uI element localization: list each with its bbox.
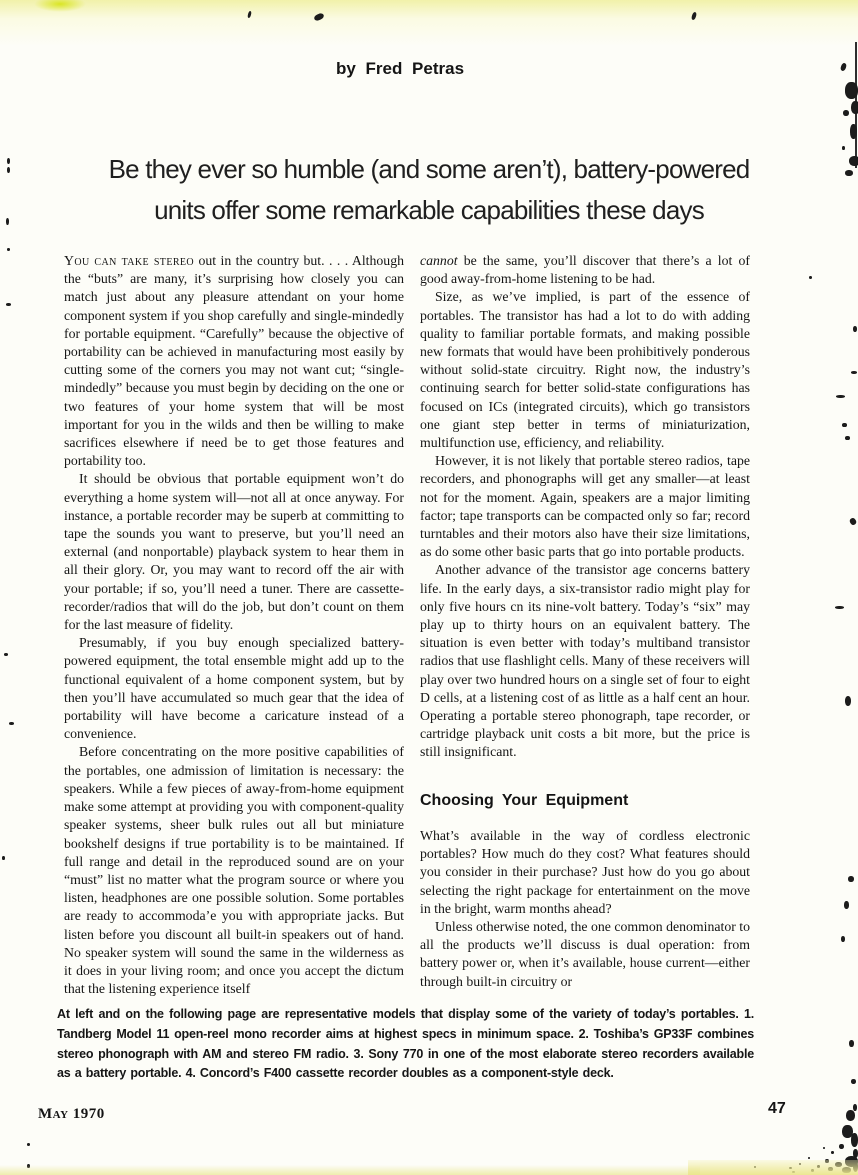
body-paragraph: It should be obvious that portable equip… (64, 470, 404, 634)
body-paragraph: Presumably, if you buy enough specialize… (64, 634, 404, 743)
ink-speck (842, 146, 845, 150)
ink-speck (843, 110, 849, 116)
article-title: Be they ever so humble (and some aren’t)… (64, 149, 794, 231)
photo-caption: At left and on the following page are re… (57, 1005, 754, 1084)
ink-speck (831, 1151, 834, 1154)
ink-speck (840, 62, 847, 71)
magazine-page: by Fred Petras Be they ever so humble (a… (0, 0, 858, 1175)
body-paragraph: Size, as we’ve implied, is part of the e… (420, 288, 750, 452)
ink-speck (851, 1133, 858, 1147)
ink-speck (845, 436, 850, 440)
section-heading: Choosing Your Equipment (420, 792, 750, 810)
ink-speck (845, 696, 851, 706)
ink-speck (836, 395, 845, 398)
ink-speck (848, 876, 854, 882)
ink-speck (2, 856, 5, 860)
byline: by Fred Petras (0, 59, 800, 79)
page-number: 47 (768, 1100, 786, 1118)
italic-word: cannot (420, 253, 458, 268)
ink-speck (823, 1147, 825, 1149)
ink-speck (850, 124, 857, 139)
ink-speck (808, 1157, 810, 1159)
issue-date: May 1970 (38, 1106, 105, 1123)
ink-speck (809, 276, 812, 279)
scan-yellow-bottom-band (0, 1165, 700, 1175)
ink-speck (844, 901, 849, 909)
article-title-line2: units offer some remarkable capabilities… (64, 190, 794, 231)
ink-speck (6, 218, 9, 225)
article-body: You can take stereo out in the country b… (64, 252, 750, 1004)
ink-speck (839, 1144, 844, 1149)
ink-speck (853, 1104, 857, 1111)
ink-speck (846, 1110, 855, 1121)
ink-speck (7, 158, 10, 164)
body-paragraph: Before concentrating on the more positiv… (64, 743, 404, 998)
right-column: cannot be the same, you’ll discover that… (420, 252, 750, 1004)
body-paragraph: Unless otherwise noted, the one common d… (420, 918, 750, 991)
continuation-paragraph: cannot be the same, you’ll discover that… (420, 252, 750, 288)
ink-speck (7, 248, 10, 251)
ink-speck (7, 167, 10, 173)
ink-speck (9, 722, 14, 725)
ink-speck (841, 936, 845, 942)
body-paragraph: Another advance of the transistor age co… (420, 561, 750, 761)
ink-speck (849, 517, 858, 526)
lead-paragraph-text: out in the country but. . . . Although t… (64, 253, 404, 468)
ink-speck (842, 423, 847, 427)
left-column: You can take stereo out in the country b… (64, 252, 404, 1004)
scan-yellow-bottom-patch (688, 1160, 858, 1175)
continuation-text: be the same, you’ll discover that there’… (420, 253, 750, 286)
ink-speck (849, 156, 858, 166)
ink-speck (853, 326, 857, 332)
ink-speck (851, 371, 857, 374)
ink-speck (851, 101, 858, 114)
scan-yellow-top-band (0, 0, 858, 46)
body-paragraph: What’s available in the way of cordless … (420, 827, 750, 918)
ink-speck (851, 1079, 856, 1084)
ink-speck (27, 1143, 30, 1146)
lead-smallcaps: You can take stereo (64, 253, 194, 268)
article-title-line1: Be they ever so humble (and some aren’t)… (64, 149, 794, 190)
ink-speck (835, 606, 844, 609)
ink-speck (845, 82, 858, 99)
lead-paragraph: You can take stereo out in the country b… (64, 252, 404, 470)
body-paragraph: However, it is not likely that portable … (420, 452, 750, 561)
ink-speck (6, 303, 11, 306)
ink-speck (849, 1040, 854, 1047)
ink-speck (845, 170, 853, 176)
ink-speck (4, 653, 8, 656)
